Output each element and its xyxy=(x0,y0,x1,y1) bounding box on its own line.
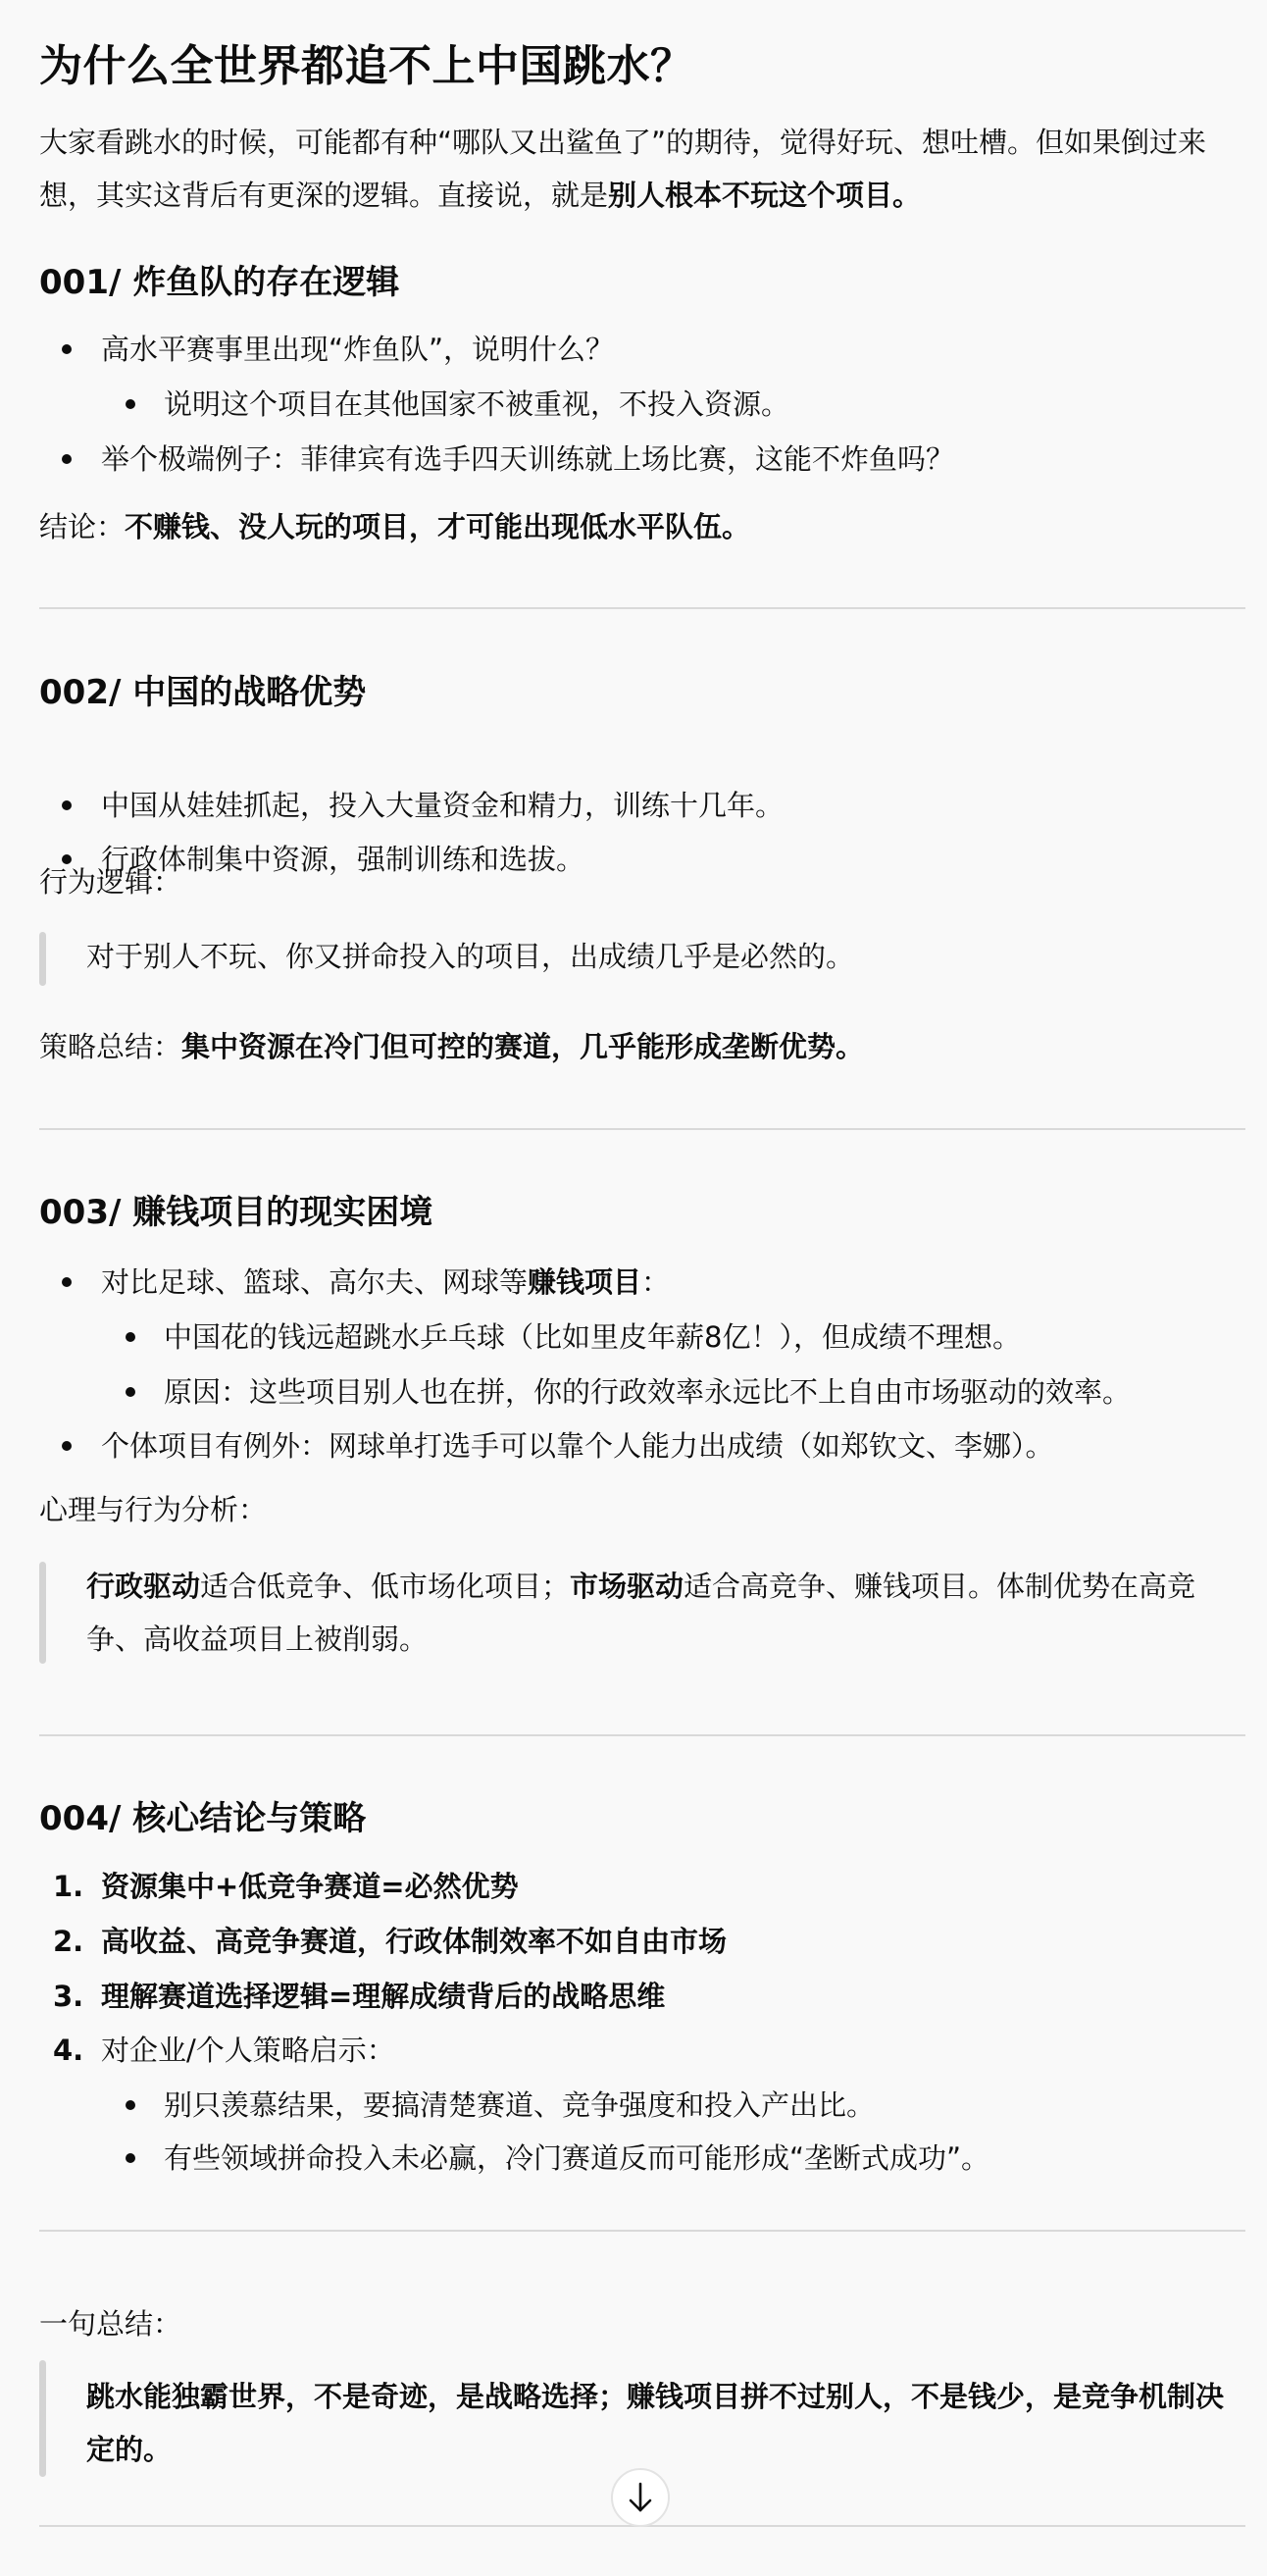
list-item: 原因：这些项目别人也在拼，你的行政效率永远比不上自由市场驱动的效率。 xyxy=(164,1370,1131,1414)
conclusion-paragraph: 结论：不赚钱、没人玩的项目，才可能出现低水平队伍。 xyxy=(39,500,1245,553)
page-title: 为什么全世界都追不上中国跳水？ xyxy=(39,37,694,96)
behavior-label: 行为逻辑： xyxy=(39,855,1245,908)
analysis-label: 心理与行为分析： xyxy=(39,1483,1245,1536)
sub-bullet-icon xyxy=(126,2100,135,2110)
summary-label: 策略总结： xyxy=(39,1030,181,1063)
list-number: 2. xyxy=(53,1920,83,1963)
ordered-item: 理解赛道选择逻辑=理解成绩背后的战略思维 xyxy=(101,1975,665,2018)
bullet-icon xyxy=(62,454,72,464)
sub-bullet-icon xyxy=(126,1387,135,1397)
list-item: 中国从娃娃抓起，投入大量资金和精力，训练十几年。 xyxy=(101,784,784,827)
section-heading-003: 003/ 赚钱项目的现实困境 xyxy=(39,1189,432,1236)
ordered-item: 资源集中+低竞争赛道=必然优势 xyxy=(101,1865,519,1908)
bullet-icon xyxy=(62,1441,72,1451)
section-heading-004: 004/ 核心结论与策略 xyxy=(39,1795,366,1842)
bullet-icon xyxy=(62,344,72,354)
list-number: 4. xyxy=(53,2029,83,2072)
conclusion-label: 结论： xyxy=(39,510,125,543)
final-label: 一句总结： xyxy=(39,2297,1245,2350)
section-heading-002: 002/ 中国的战略优势 xyxy=(39,669,366,716)
sub-bullet-icon xyxy=(126,399,135,409)
list-item: 有些领域拼命投入未必赢，冷门赛道反而可能形成“垄断式成功”。 xyxy=(164,2137,989,2180)
divider xyxy=(39,1734,1245,1736)
arrow-down-icon xyxy=(628,2482,653,2513)
sub-bullet-icon xyxy=(126,2153,135,2163)
blockquote: 对于别人不玩、你又拼命投入的项目，出成绩几乎是必然的。 xyxy=(86,930,1248,983)
list-item: 个体项目有例外：网球单打选手可以靠个人能力出成绩（如郑钦文、李娜）。 xyxy=(101,1424,1054,1468)
list-item: 举个极端例子：菲律宾有选手四天训练就上场比赛，这能不炸鱼吗？ xyxy=(101,438,954,481)
sub-bullet-icon xyxy=(126,1332,135,1342)
divider xyxy=(39,1128,1245,1130)
divider xyxy=(39,607,1245,609)
list-number: 1. xyxy=(53,1865,83,1908)
blockquote-bar xyxy=(39,932,46,986)
final-blockquote: 跳水能独霸世界，不是奇迹，是战略选择；赚钱项目拼不过别人，不是钱少，是竞争机制决… xyxy=(86,2370,1248,2476)
intro-bold: 别人根本不玩这个项目。 xyxy=(608,179,921,212)
bullet-icon xyxy=(62,800,72,810)
list-item: 中国花的钱远超跳水乒乓球（比如里皮年薪8亿！），但成绩不理想。 xyxy=(164,1315,1021,1359)
divider xyxy=(39,2230,1245,2232)
list-item: 说明这个项目在其他国家不被重视，不投入资源。 xyxy=(164,383,789,426)
blockquote-bar xyxy=(39,2360,46,2477)
blockquote-bar xyxy=(39,1562,46,1664)
intro-paragraph: 大家看跳水的时候，可能都有种“哪队又出鲨鱼了”的期待，觉得好玩、想吐槽。但如果倒… xyxy=(39,116,1245,222)
scroll-to-bottom-button[interactable] xyxy=(611,2468,670,2527)
section-heading-001: 001/ 炸鱼队的存在逻辑 xyxy=(39,259,399,306)
conclusion-bold: 不赚钱、没人玩的项目，才可能出现低水平队伍。 xyxy=(125,510,750,543)
summary-bold: 集中资源在冷门但可控的赛道，几乎能形成垄断优势。 xyxy=(181,1030,864,1063)
list-item: 对比足球、篮球、高尔夫、网球等赚钱项目： xyxy=(101,1261,670,1304)
list-number: 3. xyxy=(53,1975,83,2018)
ordered-item: 高收益、高竞争赛道，行政体制效率不如自由市场 xyxy=(101,1920,727,1963)
ordered-item: 对企业/个人策略启示： xyxy=(101,2029,395,2072)
list-item: 高水平赛事里出现“炸鱼队”，说明什么？ xyxy=(101,328,614,371)
blockquote: 行政驱动适合低竞争、低市场化项目；市场驱动适合高竞争、赚钱项目。体制优势在高竞争… xyxy=(86,1560,1248,1666)
bullet-icon xyxy=(62,1277,72,1287)
summary-paragraph: 策略总结：集中资源在冷门但可控的赛道，几乎能形成垄断优势。 xyxy=(39,1020,1245,1073)
list-item: 别只羡慕结果，要搞清楚赛道、竞争强度和投入产出比。 xyxy=(164,2084,875,2127)
